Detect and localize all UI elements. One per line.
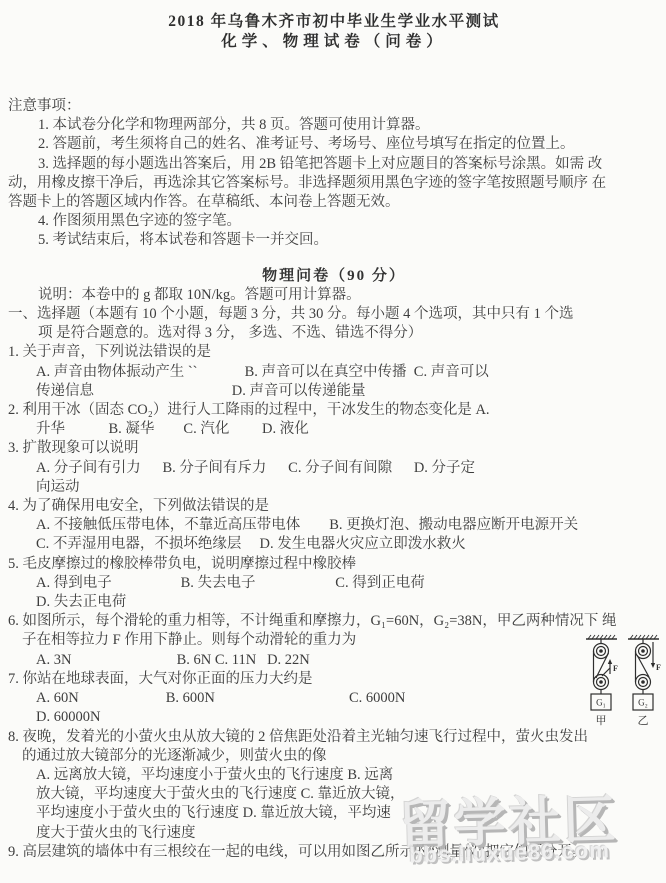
- part1-header-cont: 项 是符合题意的。选对得 3 分， 多选、不选、错选不得分）: [38, 324, 660, 343]
- notice-item-2: 2. 答题前，考生须将自己的姓名、准考证号、考场号、座位号填写在指定的位置上。: [38, 135, 660, 154]
- question-8-options-cont3: 度大于萤火虫的飞行速度: [36, 824, 660, 843]
- question-8-options-cont: 放大镜，平均速度大于萤火虫的飞行速度 C. 靠近放大镜，: [36, 785, 660, 804]
- force-label-right: F: [656, 663, 661, 672]
- notice-item-5: 5. 考试结束后，将本试卷和答题卡一并交回。: [38, 231, 660, 250]
- weight-label-g2: G₂: [638, 698, 648, 708]
- question-4-options: A. 不接触低压带电体，不靠近高压带电体 B. 更换灯泡、搬动电器应断开电源开关: [36, 516, 660, 535]
- page-title: 2018 年乌鲁木齐市初中毕业生学业水平测试: [8, 12, 660, 32]
- question-1-options: A. 声音由物体振动产生 `` B. 声音可以在真空中传播 C. 声音可以: [36, 363, 660, 382]
- notice-heading: 注意事项：: [8, 97, 660, 116]
- force-label-left: F: [613, 664, 618, 673]
- notice-item-4: 4. 作图须用黑色字迹的签字笔。: [38, 212, 660, 231]
- question-9: 9. 高层建筑的墙体中有三根绞在一起的电线，可以用如图乙所示的“测量仪”把它们区…: [8, 843, 660, 862]
- notice-item-3: 3. 选择题的每小题选出答案后，用 2B 铅笔把答题卡上对应题目的答案标号涂黑。…: [38, 155, 660, 174]
- part1-header: 一、选择题（本题有 10 个小题，每题 3 分，共 30 分。每小题 4 个选项…: [8, 305, 660, 324]
- notice-item-1: 1. 本试卷分化学和物理两部分，共 8 页。答题可使用计算器。: [38, 116, 660, 135]
- question-1: 1. 关于声音，下列说法错误的是: [8, 343, 660, 362]
- question-3: 3. 扩散现象可以说明: [8, 439, 660, 458]
- question-5-options-cont: D. 失去正电荷: [36, 593, 660, 612]
- notice-item-3-cont: 动，用橡皮擦干净后，再选涂其它答案标号。非选择题须用黑色字迹的签字笔按照题号顺序…: [8, 174, 660, 193]
- question-4-options-cont: C. 不弄湿用电器，不损坏绝缘层 D. 发生电器火灾应立即泼水救火: [36, 535, 660, 554]
- question-6-cont: 子在相等拉力 F 作用下静止。则每个动滑轮的重力为: [22, 631, 660, 650]
- notice-item-3-cont2: 答题卡上的答题区域内作答。在草稿纸、本问卷上答题无效。: [8, 193, 660, 212]
- figure-label-yi: 乙: [638, 714, 649, 727]
- question-6-options: A. 3N B. 6N C. 11N D. 22N: [36, 651, 660, 670]
- weight-label-g1: G₁: [596, 698, 606, 708]
- question-8-options: A. 远离放大镜，平均速度小于萤火虫的飞行速度 B. 远离: [36, 766, 660, 785]
- question-7-options-cont: D. 60000N: [36, 708, 660, 727]
- section-title: 物理问卷（90 分）: [8, 267, 660, 286]
- question-2: 2. 利用干冰（固态 CO₂）进行人工降雨的过程中，干冰发生的物态变化是 A.: [8, 401, 660, 420]
- page-subtitle: 化学、物理试卷（问卷）: [8, 32, 660, 52]
- figure-label-jia: 甲: [596, 714, 607, 727]
- question-6: 6. 如图所示，每个滑轮的重力相等，不计绳重和摩擦力，G₁=60N，G₂=38N…: [8, 612, 660, 631]
- exam-paper-page: 2018 年乌鲁木齐市初中毕业生学业水平测试 化学、物理试卷（问卷） 注意事项：…: [0, 0, 666, 883]
- question-5: 5. 毛皮摩擦过的橡胶棒带负电，说明摩擦过程中橡胶棒: [8, 555, 660, 574]
- question-5-options: A. 得到电子 B. 失去电子 C. 得到正电荷: [36, 574, 660, 593]
- spacer: [8, 52, 660, 97]
- pulley-figure: F F G₁ G₂ 甲 乙: [582, 634, 666, 730]
- spacer: [8, 251, 660, 267]
- question-2-options: 升华 B. 凝华 C. 汽化 D. 液化: [36, 420, 660, 439]
- question-1-options-cont: 传递信息 D. 声音可以传递能量: [36, 382, 660, 401]
- question-8-cont: 的通过放大镜部分的光逐渐减少，则萤火虫的像: [22, 747, 660, 766]
- question-3-options-cont: 向运动: [36, 478, 660, 497]
- section-note: 说明：本卷中的 g 都取 10N/kg。答题可用计算器。: [38, 286, 660, 305]
- question-3-options: A. 分子间有引力 B. 分子间有斥力 C. 分子间有间隙 D. 分子定: [36, 459, 660, 478]
- question-7-options: A. 60N B. 600N C. 6000N: [36, 689, 660, 708]
- question-7: 7. 你站在地球表面，大气对你正面的压力大约是: [8, 670, 660, 689]
- question-4: 4. 为了确保用电安全，下列做法错误的是: [8, 497, 660, 516]
- question-8: 8. 夜晚，发着光的小萤火虫从放大镜的 2 倍焦距处沿着主光轴匀速飞行过程中，萤…: [8, 728, 660, 747]
- question-8-options-cont2: 平均速度小于萤火虫的飞行速度 D. 靠近放大镜，平均速: [36, 804, 660, 823]
